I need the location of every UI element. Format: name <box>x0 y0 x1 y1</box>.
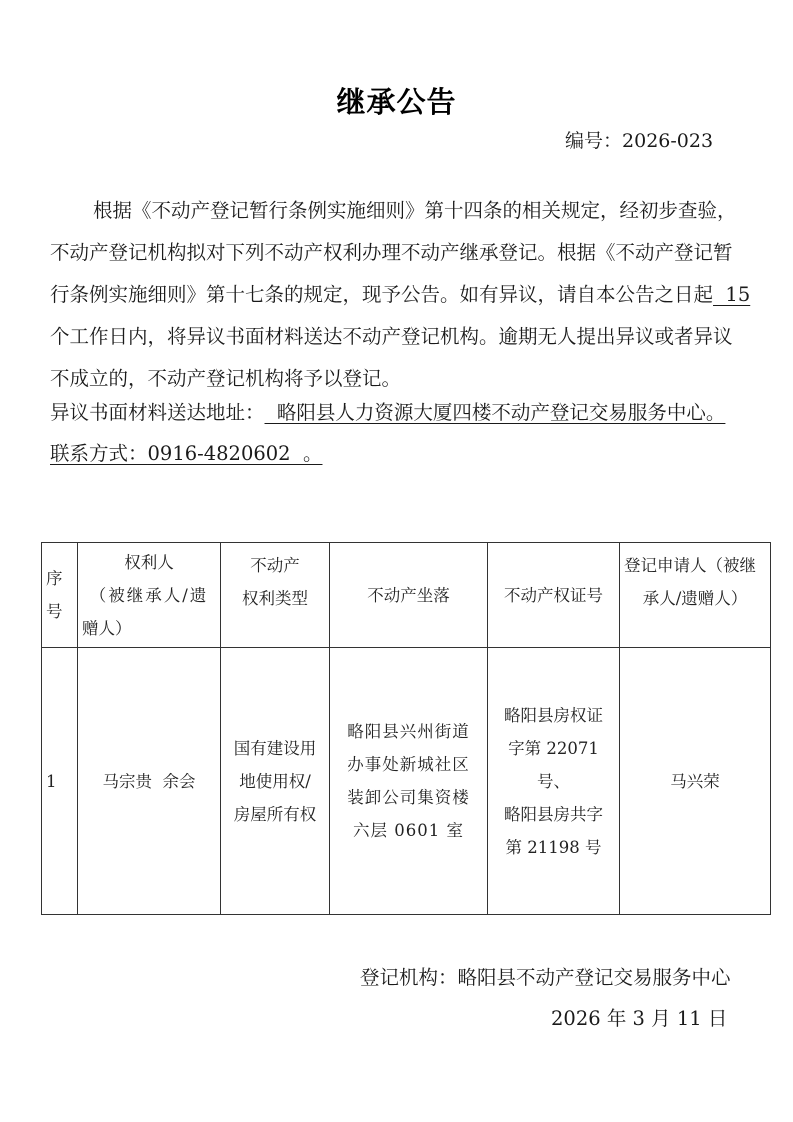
cell-certificate-line: 略阳县房权证 <box>492 699 615 732</box>
announcement-date: 2026 年 3 月 11 日 <box>551 1003 727 1031</box>
cell-certificate-line: 字第 22071 号、 <box>492 732 615 798</box>
header-location: 不动产坐落 <box>330 543 488 648</box>
contact-label: 联系方式： <box>50 442 148 465</box>
body-line-1: 根据《不动产登记暂行条例实施细则》第十四条的相关规定，经初步查验， <box>50 190 750 232</box>
registration-authority: 登记机构：略阳县不动产登记交易服务中心 <box>360 962 731 990</box>
page-title: 继承公告 <box>0 80 793 121</box>
cell-type-line: 房屋所有权 <box>225 798 325 831</box>
header-no-line: 序 <box>46 562 73 595</box>
cell-location-line: 办事处新城社区 <box>334 748 483 781</box>
address-value: 略阳县人力资源大厦四楼不动产登记交易服务中心。 <box>265 401 726 424</box>
cell-location: 略阳县兴州街道 办事处新城社区 装卸公司集资楼 六层 0601 室 <box>330 648 488 915</box>
body-line-5: 不成立的，不动产登记机构将予以登记。 <box>50 358 750 400</box>
document-number: 编号：2026-023 <box>565 126 713 153</box>
header-holder-line: 赠人） <box>82 612 216 645</box>
header-type: 不动产 权利类型 <box>221 543 330 648</box>
cell-applicant: 马兴荣 <box>620 648 771 915</box>
cell-location-line: 略阳县兴州街道 <box>334 715 483 748</box>
cell-holder: 马宗贵 余会 <box>78 648 221 915</box>
cell-no: 1 <box>42 648 78 915</box>
address-label: 异议书面材料送达地址： <box>50 401 265 424</box>
header-no-line: 号 <box>46 595 73 628</box>
header-holder-line: 权利人 <box>82 546 216 579</box>
announcement-body: 根据《不动产登记暂行条例实施细则》第十四条的相关规定，经初步查验， 不动产登记机… <box>50 190 750 400</box>
header-certificate: 不动产权证号 <box>488 543 620 648</box>
header-applicant: 登记申请人（被继 承人/遗赠人） <box>620 543 771 648</box>
header-applicant-line: 承人/遗赠人） <box>624 582 766 615</box>
body-line-3: 行条例实施细则》第十七条的规定，现予公告。如有异议，请自本公告之日起 15 <box>50 274 750 316</box>
cell-type-line: 国有建设用 <box>225 732 325 765</box>
header-holder-line: （被继承人/遗 <box>82 579 216 612</box>
cell-certificate: 略阳县房权证 字第 22071 号、 略阳县房共字 第 21198 号 <box>488 648 620 915</box>
table-row: 1 马宗贵 余会 国有建设用 地使用权/ 房屋所有权 略阳县兴州街道 办事处新城… <box>42 648 771 915</box>
header-applicant-line: 登记申请人（被继 <box>624 549 766 582</box>
cell-type: 国有建设用 地使用权/ 房屋所有权 <box>221 648 330 915</box>
body-line-2: 不动产登记机构拟对下列不动产权利办理不动产继承登记。根据《不动产登记暂 <box>50 232 750 274</box>
cell-location-line: 装卸公司集资楼 <box>334 781 483 814</box>
header-holder: 权利人 （被继承人/遗 赠人） <box>78 543 221 648</box>
body-line-3-text: 行条例实施细则》第十七条的规定，现予公告。如有异议，请自本公告之日起 <box>50 283 713 306</box>
cell-location-line: 六层 0601 室 <box>334 814 483 847</box>
header-type-line: 不动产 <box>225 549 325 582</box>
header-type-line: 权利类型 <box>225 582 325 615</box>
document-number-value: 2026-023 <box>622 130 713 152</box>
contact-info: 联系方式：0916-4820602 。 <box>50 438 322 466</box>
table-header-row: 序 号 权利人 （被继承人/遗 赠人） 不动产 权利类型 不动产坐落 不动产权证… <box>42 543 771 648</box>
cell-type-line: 地使用权/ <box>225 765 325 798</box>
cell-certificate-line: 第 21198 号 <box>492 831 615 864</box>
cell-certificate-line: 略阳县房共字 <box>492 798 615 831</box>
objection-days: 15 <box>713 283 750 306</box>
contact-value: 0916-4820602 。 <box>148 442 323 465</box>
header-no: 序 号 <box>42 543 78 648</box>
body-line-4: 个工作日内，将异议书面材料送达不动产登记机构。逾期无人提出异议或者异议 <box>50 316 750 358</box>
document-number-label: 编号： <box>565 130 622 152</box>
registration-table: 序 号 权利人 （被继承人/遗 赠人） 不动产 权利类型 不动产坐落 不动产权证… <box>41 542 771 915</box>
objection-address: 异议书面材料送达地址： 略阳县人力资源大厦四楼不动产登记交易服务中心。 <box>50 397 725 425</box>
